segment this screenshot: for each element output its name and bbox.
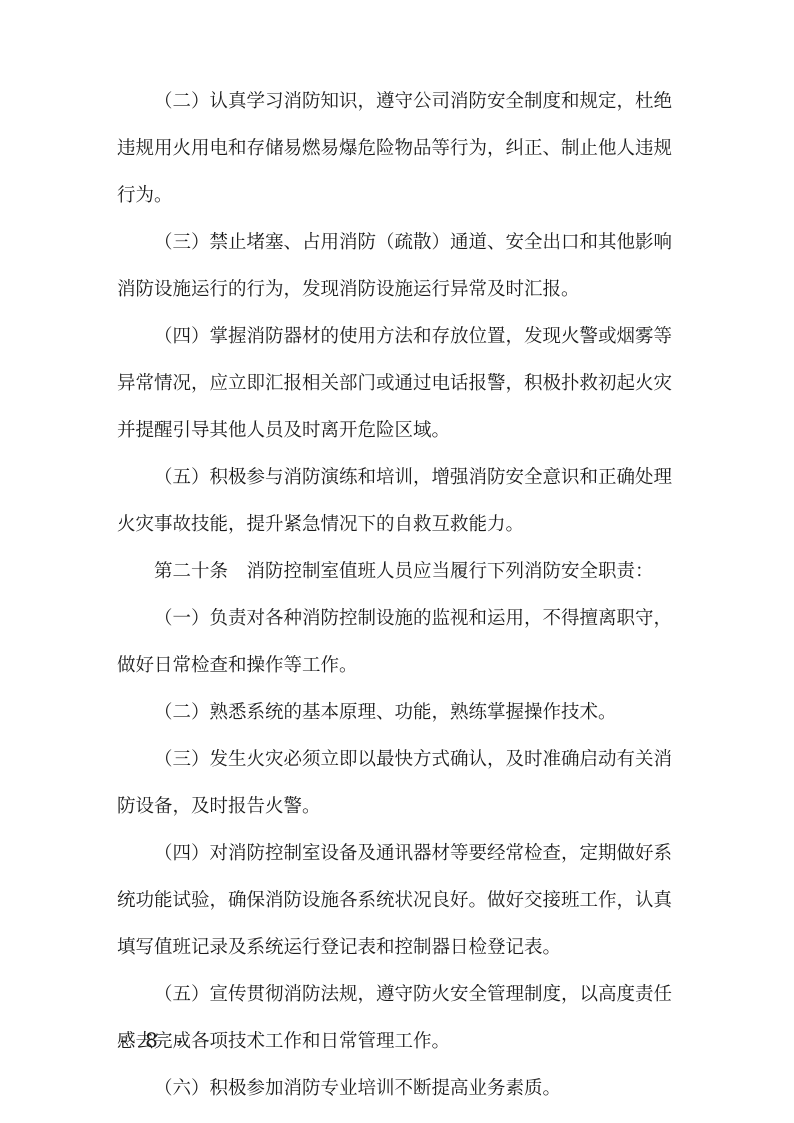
text-line: 火灾事故技能，提升紧急情况下的自救互救能力。 — [117, 501, 673, 548]
page-number: - 8 - — [120, 1028, 189, 1052]
text-line: （四）掌握消防器材的使用方法和存放位置，发现火警或烟雾等 — [117, 313, 673, 360]
text-line: 并提醒引导其他人员及时离开危险区域。 — [117, 407, 673, 454]
paragraph-item-5: （五）积极参与消防演练和培训，增强消防安全意识和正确处理 火灾事故技能，提升紧急… — [117, 454, 673, 548]
paragraph-item-3: （三）禁止堵塞、占用消防（疏散）通道、安全出口和其他影响 消防设施运行的行为，发… — [117, 219, 673, 313]
duty-item-4: （四）对消防控制室设备及通讯器材等要经常检查，定期做好系 统功能试验，确保消防设… — [117, 830, 673, 971]
duty-item-6: （六）积极参加消防专业培训不断提高业务素质。 — [117, 1065, 673, 1112]
text-line: （六）积极参加消防专业培训不断提高业务素质。 — [117, 1065, 673, 1112]
text-line: 行为。 — [117, 172, 673, 219]
text-line: 做好日常检查和操作等工作。 — [117, 642, 673, 689]
duty-item-2: （二）熟悉系统的基本原理、功能，熟练掌握操作技术。 — [117, 689, 673, 736]
text-line: 异常情况，应立即汇报相关部门或通过电话报警，积极扑救初起火灾 — [117, 360, 673, 407]
duty-item-1: （一）负责对各种消防控制设施的监视和运用，不得擅离职守， 做好日常检查和操作等工… — [117, 595, 673, 689]
text-line: （一）负责对各种消防控制设施的监视和运用，不得擅离职守， — [117, 595, 673, 642]
text-line: （三）禁止堵塞、占用消防（疏散）通道、安全出口和其他影响 — [117, 219, 673, 266]
text-line: 消防设施运行的行为，发现消防设施运行异常及时汇报。 — [117, 266, 673, 313]
document-body: （二）认真学习消防知识，遵守公司消防安全制度和规定，杜绝 违规用火用电和存储易燃… — [117, 78, 673, 1112]
text-line: （二）认真学习消防知识，遵守公司消防安全制度和规定，杜绝 — [117, 78, 673, 125]
paragraph-item-2: （二）认真学习消防知识，遵守公司消防安全制度和规定，杜绝 违规用火用电和存储易燃… — [117, 78, 673, 219]
text-line: 填写值班记录及系统运行登记表和控制器日检登记表。 — [117, 924, 673, 971]
text-line: 防设备，及时报告火警。 — [117, 783, 673, 830]
article-title: 第二十条 消防控制室值班人员应当履行下列消防安全职责： — [117, 548, 673, 595]
article-20-heading: 第二十条 消防控制室值班人员应当履行下列消防安全职责： — [117, 548, 673, 595]
text-line: （四）对消防控制室设备及通讯器材等要经常检查，定期做好系 — [117, 830, 673, 877]
text-line: 感去完成各项技术工作和日常管理工作。 — [117, 1018, 673, 1065]
text-line: （五）宣传贯彻消防法规，遵守防火安全管理制度，以高度责任 — [117, 971, 673, 1018]
text-line: （三）发生火灾必须立即以最快方式确认，及时准确启动有关消 — [117, 736, 673, 783]
paragraph-item-4: （四）掌握消防器材的使用方法和存放位置，发现火警或烟雾等 异常情况，应立即汇报相… — [117, 313, 673, 454]
duty-item-3: （三）发生火灾必须立即以最快方式确认，及时准确启动有关消 防设备，及时报告火警。 — [117, 736, 673, 830]
text-line: （二）熟悉系统的基本原理、功能，熟练掌握操作技术。 — [117, 689, 673, 736]
duty-item-5: （五）宣传贯彻消防法规，遵守防火安全管理制度，以高度责任 感去完成各项技术工作和… — [117, 971, 673, 1065]
text-line: （五）积极参与消防演练和培训，增强消防安全意识和正确处理 — [117, 454, 673, 501]
text-line: 统功能试验，确保消防设施各系统状况良好。做好交接班工作，认真 — [117, 877, 673, 924]
text-line: 违规用火用电和存储易燃易爆危险物品等行为，纠正、制止他人违规 — [117, 125, 673, 172]
